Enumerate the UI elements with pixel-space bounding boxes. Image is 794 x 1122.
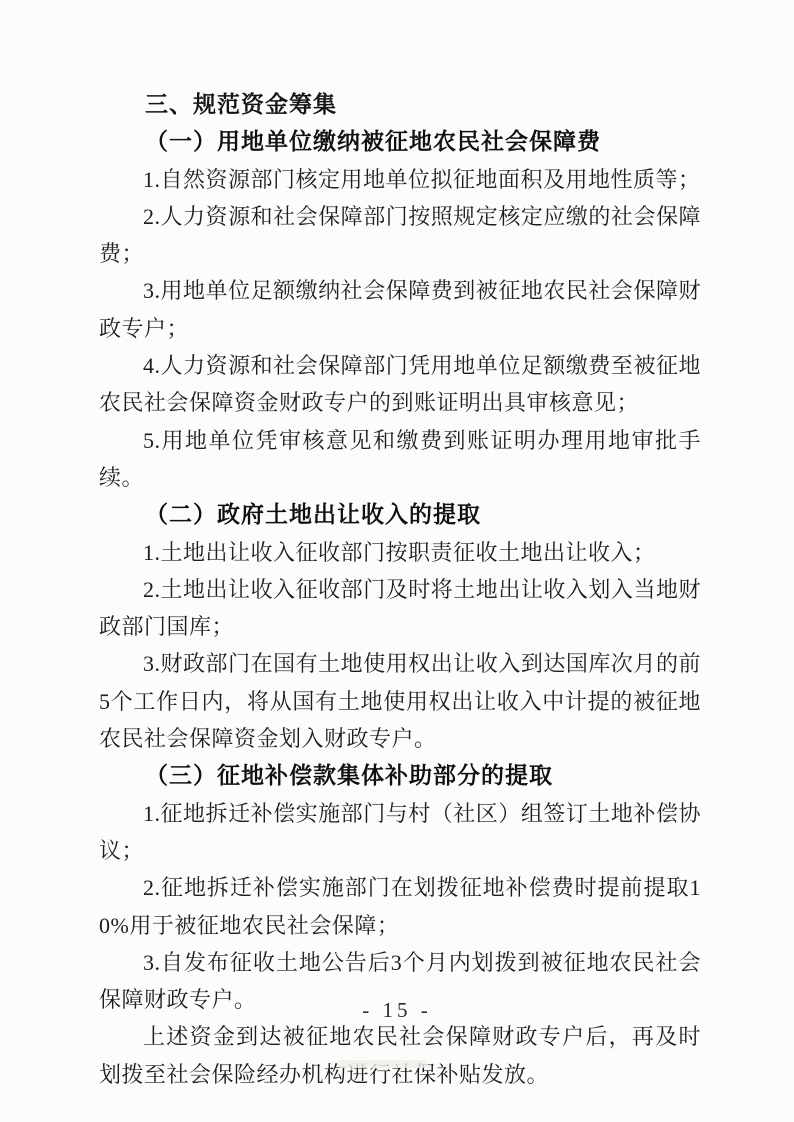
para-s1-item-5: 5.用地单位凭审核意见和缴费到账证明办理用地审批手续。 xyxy=(99,422,701,497)
para-s2-item-3: 3.财政部门在国有土地使用权出让收入到达国库次月的前5个工作日内，将从国有土地使… xyxy=(99,645,701,757)
heading-subsection-3: （三）征地补偿款集体补助部分的提取 xyxy=(99,757,701,794)
para-s1-item-1: 1.自然资源部门核定用地单位拟征地面积及用地性质等； xyxy=(99,161,701,198)
document-body: 三、规范资金筹集 （一）用地单位缴纳被征地农民社会保障费 1.自然资源部门核定用… xyxy=(99,86,701,1093)
heading-subsection-1: （一）用地单位缴纳被征地农民社会保障费 xyxy=(99,123,701,160)
para-closing-note: 上述资金到达被征地农民社会保障财政专户后，再及时划拨至社会保险经办机构进行社保补… xyxy=(99,1018,701,1093)
para-s3-item-2: 2.征地拆迁补偿实施部门在划拨征地补偿费时提前提取10%用于被征地农民社会保障； xyxy=(99,869,701,944)
para-s1-item-2: 2.人力资源和社会保障部门按照规定核定应缴的社会保障费； xyxy=(99,198,701,273)
heading-subsection-2: （二）政府土地出让收入的提取 xyxy=(99,496,701,533)
scan-noise-smudge xyxy=(338,1060,428,1068)
para-s1-item-3: 3.用地单位足额缴纳社会保障费到被征地农民社会保障财政专户； xyxy=(99,272,701,347)
para-s2-item-1: 1.土地出让收入征收部门按职责征收土地出让收入； xyxy=(99,534,701,571)
scan-noise-dots: .. xyxy=(452,1038,474,1044)
para-s2-item-2: 2.土地出让收入征收部门及时将土地出让收入划入当地财政部门国库； xyxy=(99,571,701,646)
page-number: - 15 - xyxy=(0,998,794,1023)
para-s1-item-4: 4.人力资源和社会保障部门凭用地单位足额缴费至被征地农民社会保障资金财政专户的到… xyxy=(99,347,701,422)
heading-section-3: 三、规范资金筹集 xyxy=(99,86,701,123)
document-page: 三、规范资金筹集 （一）用地单位缴纳被征地农民社会保障费 1.自然资源部门核定用… xyxy=(0,0,794,1122)
para-s3-item-1: 1.征地拆迁补偿实施部门与村（社区）组签订土地补偿协议； xyxy=(99,795,701,870)
